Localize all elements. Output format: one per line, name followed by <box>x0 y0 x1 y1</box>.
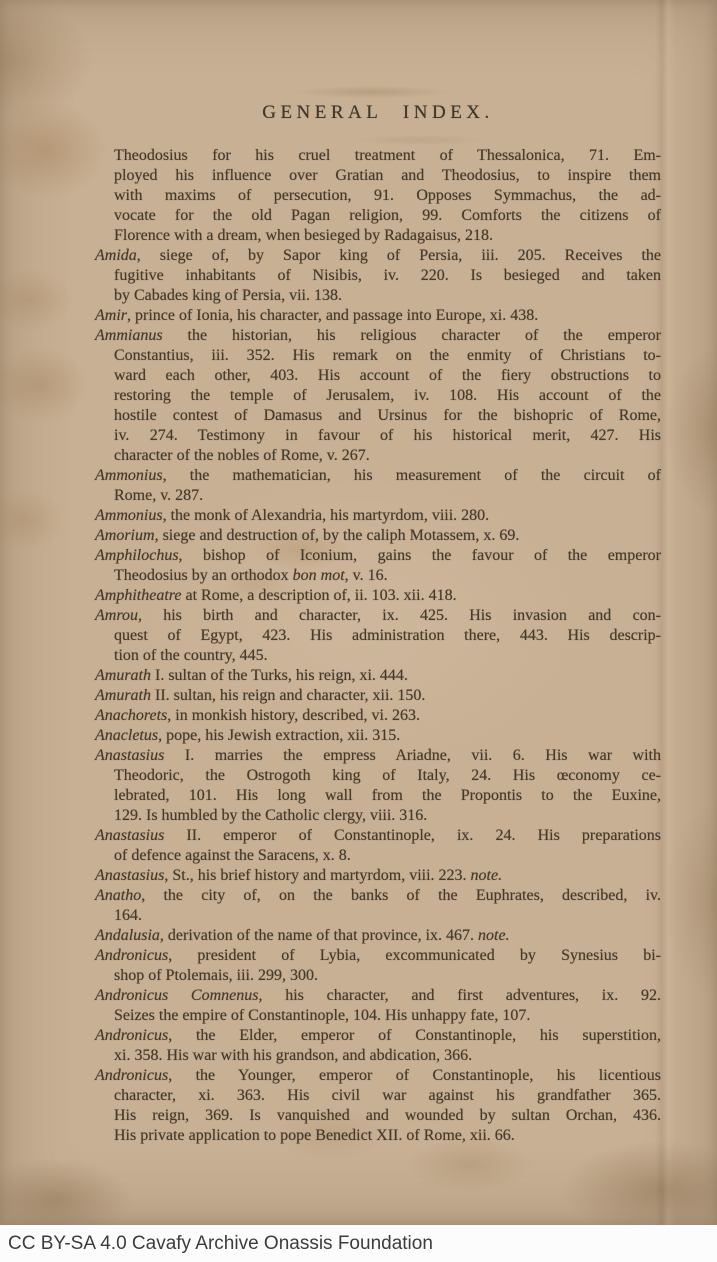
index-line: Andalusia, derivation of the name of tha… <box>95 926 661 946</box>
index-line: Anachorets, in monkish history, describe… <box>95 706 661 726</box>
index-line: Constantius, iii. 352. His remark on the… <box>114 346 661 366</box>
index-line: hostile contest of Damasus and Ursinus f… <box>114 406 661 426</box>
license-bar: CC BY-SA 4.0 Cavafy Archive Onassis Foun… <box>0 1225 717 1262</box>
license-text: CC BY-SA 4.0 Cavafy Archive Onassis Foun… <box>8 1233 433 1255</box>
index-entry: Ammonius, the monk of Alexandria, his ma… <box>95 506 661 526</box>
index-line: Theodosius for his cruel treatment of Th… <box>114 146 661 166</box>
index-entry: Amir, prince of Ionia, his character, an… <box>95 306 661 326</box>
index-line: by Cabades king of Persia, vii. 138. <box>114 286 661 306</box>
index-line: Ammonius, the monk of Alexandria, his ma… <box>95 506 661 526</box>
index-line: restoring the temple of Jerusalem, iv. 1… <box>114 386 661 406</box>
index-line: Theodosius by an orthodox bon mot, v. 16… <box>114 566 661 586</box>
index-entry: Amphilochus, bishop of Iconium, gains th… <box>95 546 661 586</box>
index-line: character, xi. 363. His civil war agains… <box>114 1086 661 1106</box>
index-line: 164. <box>114 906 661 926</box>
index-line: Amir, prince of Ionia, his character, an… <box>95 306 661 326</box>
index-line: Amurath I. sultan of the Turks, his reig… <box>95 666 661 686</box>
page-title: GENERAL INDEX. <box>95 102 661 124</box>
index-entry: Amurath I. sultan of the Turks, his reig… <box>95 666 661 686</box>
index-line: fugitive inhabitants of Nisibis, iv. 220… <box>114 266 661 286</box>
index-entry: Anastasius, St., his brief history and m… <box>95 866 661 886</box>
index-line: Anastasius I. marries the empress Ariadn… <box>95 746 661 766</box>
index-entry: Andronicus, the Elder, emperor of Consta… <box>95 1026 661 1066</box>
index-line: Florence with a dream, when besieged by … <box>114 226 661 246</box>
index-entry: Anastasius II. emperor of Constantinople… <box>95 826 661 866</box>
index-line: Seizes the empire of Constantinople, 104… <box>114 1006 661 1026</box>
index-line: Theodoric, the Ostrogoth king of Italy, … <box>114 766 661 786</box>
index-entry: Andalusia, derivation of the name of tha… <box>95 926 661 946</box>
index-entry: Anachorets, in monkish history, describe… <box>95 706 661 726</box>
index-entry: Anacletus, pope, his Jewish extraction, … <box>95 726 661 746</box>
index-line: His private application to pope Benedict… <box>114 1126 661 1146</box>
index-entry: Amurath II. sultan, his reign and charac… <box>95 686 661 706</box>
index-line: Andronicus Comnenus, his character, and … <box>95 986 661 1006</box>
index-entry: Amorium, siege and destruction of, by th… <box>95 526 661 546</box>
index-entry: Anatho, the city of, on the banks of the… <box>95 886 661 926</box>
index-line: Amphitheatre at Rome, a description of, … <box>95 586 661 606</box>
index-entry: Andronicus Comnenus, his character, and … <box>95 986 661 1026</box>
index-line: quest of Egypt, 423. His administration … <box>114 626 661 646</box>
index-line: lebrated, 101. His long wall from the Pr… <box>114 786 661 806</box>
index-line: Andronicus, the Younger, emperor of Cons… <box>95 1066 661 1086</box>
index-line: ward each other, 403. His account of the… <box>114 366 661 386</box>
index-line: character of the nobles of Rome, v. 267. <box>114 446 661 466</box>
index-line: with maxims of persecution, 91. Opposes … <box>114 186 661 206</box>
index-entry: Ammianus the historian, his religious ch… <box>95 326 661 466</box>
scanned-book-page: GENERAL INDEX. Theodosius for his cruel … <box>0 0 717 1225</box>
index-line: Amurath II. sultan, his reign and charac… <box>95 686 661 706</box>
index-line: ployed his influence over Gratian and Th… <box>114 166 661 186</box>
index-line: tion of the country, 445. <box>114 646 661 666</box>
index-line: Amphilochus, bishop of Iconium, gains th… <box>95 546 661 566</box>
index-entry: Amphitheatre at Rome, a description of, … <box>95 586 661 606</box>
index-entry: Amrou, his birth and character, ix. 425.… <box>95 606 661 666</box>
index-line: His reign, 369. Is vanquished and wounde… <box>114 1106 661 1126</box>
index-line: xi. 358. His war with his grandson, and … <box>114 1046 661 1066</box>
index-line: 129. Is humbled by the Catholic clergy, … <box>114 806 661 826</box>
index-line: shop of Ptolemais, iii. 299, 300. <box>114 966 661 986</box>
index-line: Anastasius II. emperor of Constantinople… <box>95 826 661 846</box>
index-line: Anacletus, pope, his Jewish extraction, … <box>95 726 661 746</box>
index-entry: Ammonius, the mathematician, his measure… <box>95 466 661 506</box>
index-line: Amorium, siege and destruction of, by th… <box>95 526 661 546</box>
index-line: Ammianus the historian, his religious ch… <box>95 326 661 346</box>
index-entry: Anastasius I. marries the empress Ariadn… <box>95 746 661 826</box>
index-line: of defence against the Saracens, x. 8. <box>114 846 661 866</box>
page-content: GENERAL INDEX. Theodosius for his cruel … <box>95 0 661 1146</box>
index-line: Rome, v. 287. <box>114 486 661 506</box>
index-line: vocate for the old Pagan religion, 99. C… <box>114 206 661 226</box>
index-entry: Amida, siege of, by Sapor king of Persia… <box>95 246 661 306</box>
index-line: Anastasius, St., his brief history and m… <box>95 866 661 886</box>
index-line: iv. 274. Testimony in favour of his hist… <box>114 426 661 446</box>
index-line: Amida, siege of, by Sapor king of Persia… <box>95 246 661 266</box>
index-entry: Andronicus, the Younger, emperor of Cons… <box>95 1066 661 1146</box>
index-line: Andronicus, the Elder, emperor of Consta… <box>95 1026 661 1046</box>
index-entry: Andronicus, president of Lybia, excommun… <box>95 946 661 986</box>
index-line: Ammonius, the mathematician, his measure… <box>95 466 661 486</box>
index-line: Anatho, the city of, on the banks of the… <box>95 886 661 906</box>
index-entry: Theodosius for his cruel treatment of Th… <box>95 146 661 246</box>
index-line: Amrou, his birth and character, ix. 425.… <box>95 606 661 626</box>
index-line: Andronicus, president of Lybia, excommun… <box>95 946 661 966</box>
index-entries: Theodosius for his cruel treatment of Th… <box>95 146 661 1146</box>
